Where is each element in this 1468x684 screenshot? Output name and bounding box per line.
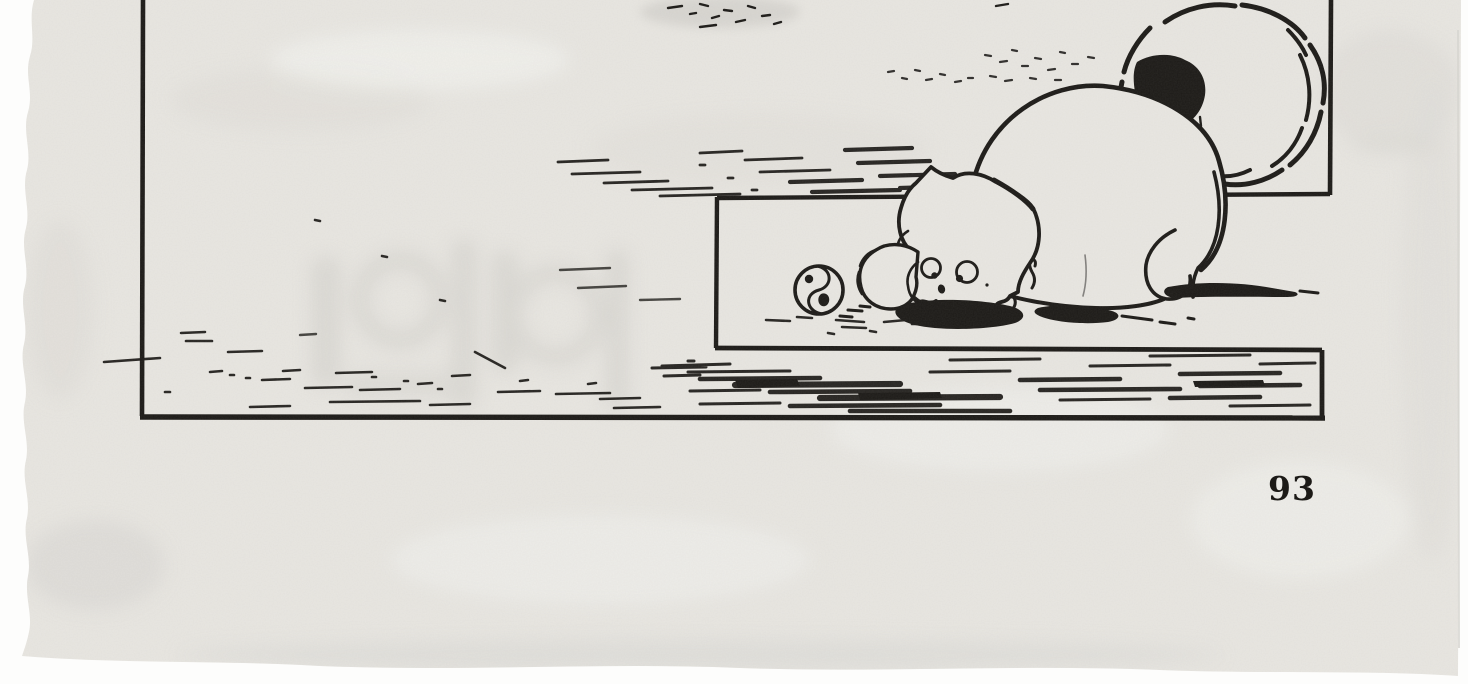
- page-number: 93: [1268, 469, 1316, 508]
- manga-page-illustration: 93: [0, 0, 1468, 684]
- paper-grain: [0, 0, 1468, 684]
- page-right-edge: [1458, 30, 1459, 648]
- scanned-manga-page: 93: [0, 0, 1468, 684]
